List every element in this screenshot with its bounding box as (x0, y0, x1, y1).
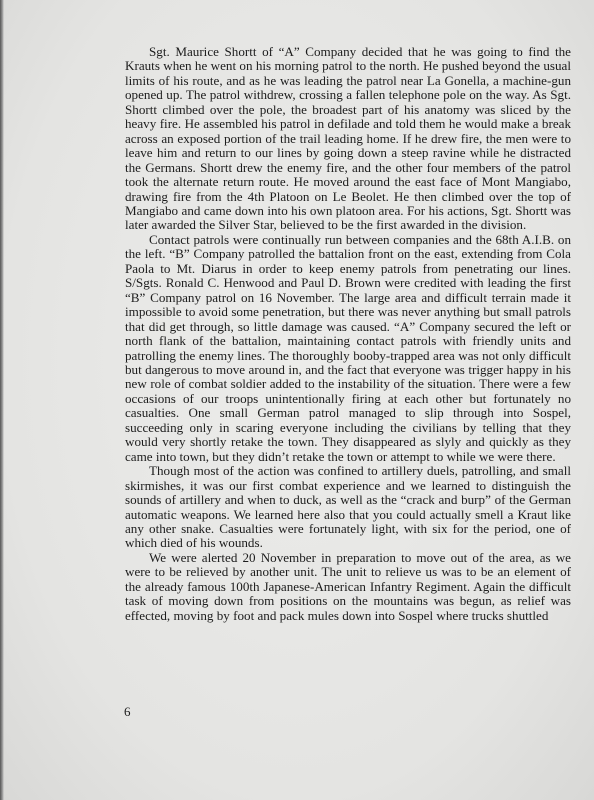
paragraph-4: We were alerted 20 November in preparati… (125, 551, 571, 623)
page-number: 6 (124, 704, 131, 720)
paragraph-1: Sgt. Maurice Shortt of “A” Company decid… (125, 45, 571, 233)
page-edge-shadow (0, 0, 4, 800)
paragraph-2: Contact patrols were continually run bet… (125, 233, 571, 464)
document-page: Sgt. Maurice Shortt of “A” Company decid… (0, 0, 594, 800)
paragraph-3: Though most of the action was confined t… (125, 464, 571, 551)
body-text: Sgt. Maurice Shortt of “A” Company decid… (125, 45, 571, 623)
